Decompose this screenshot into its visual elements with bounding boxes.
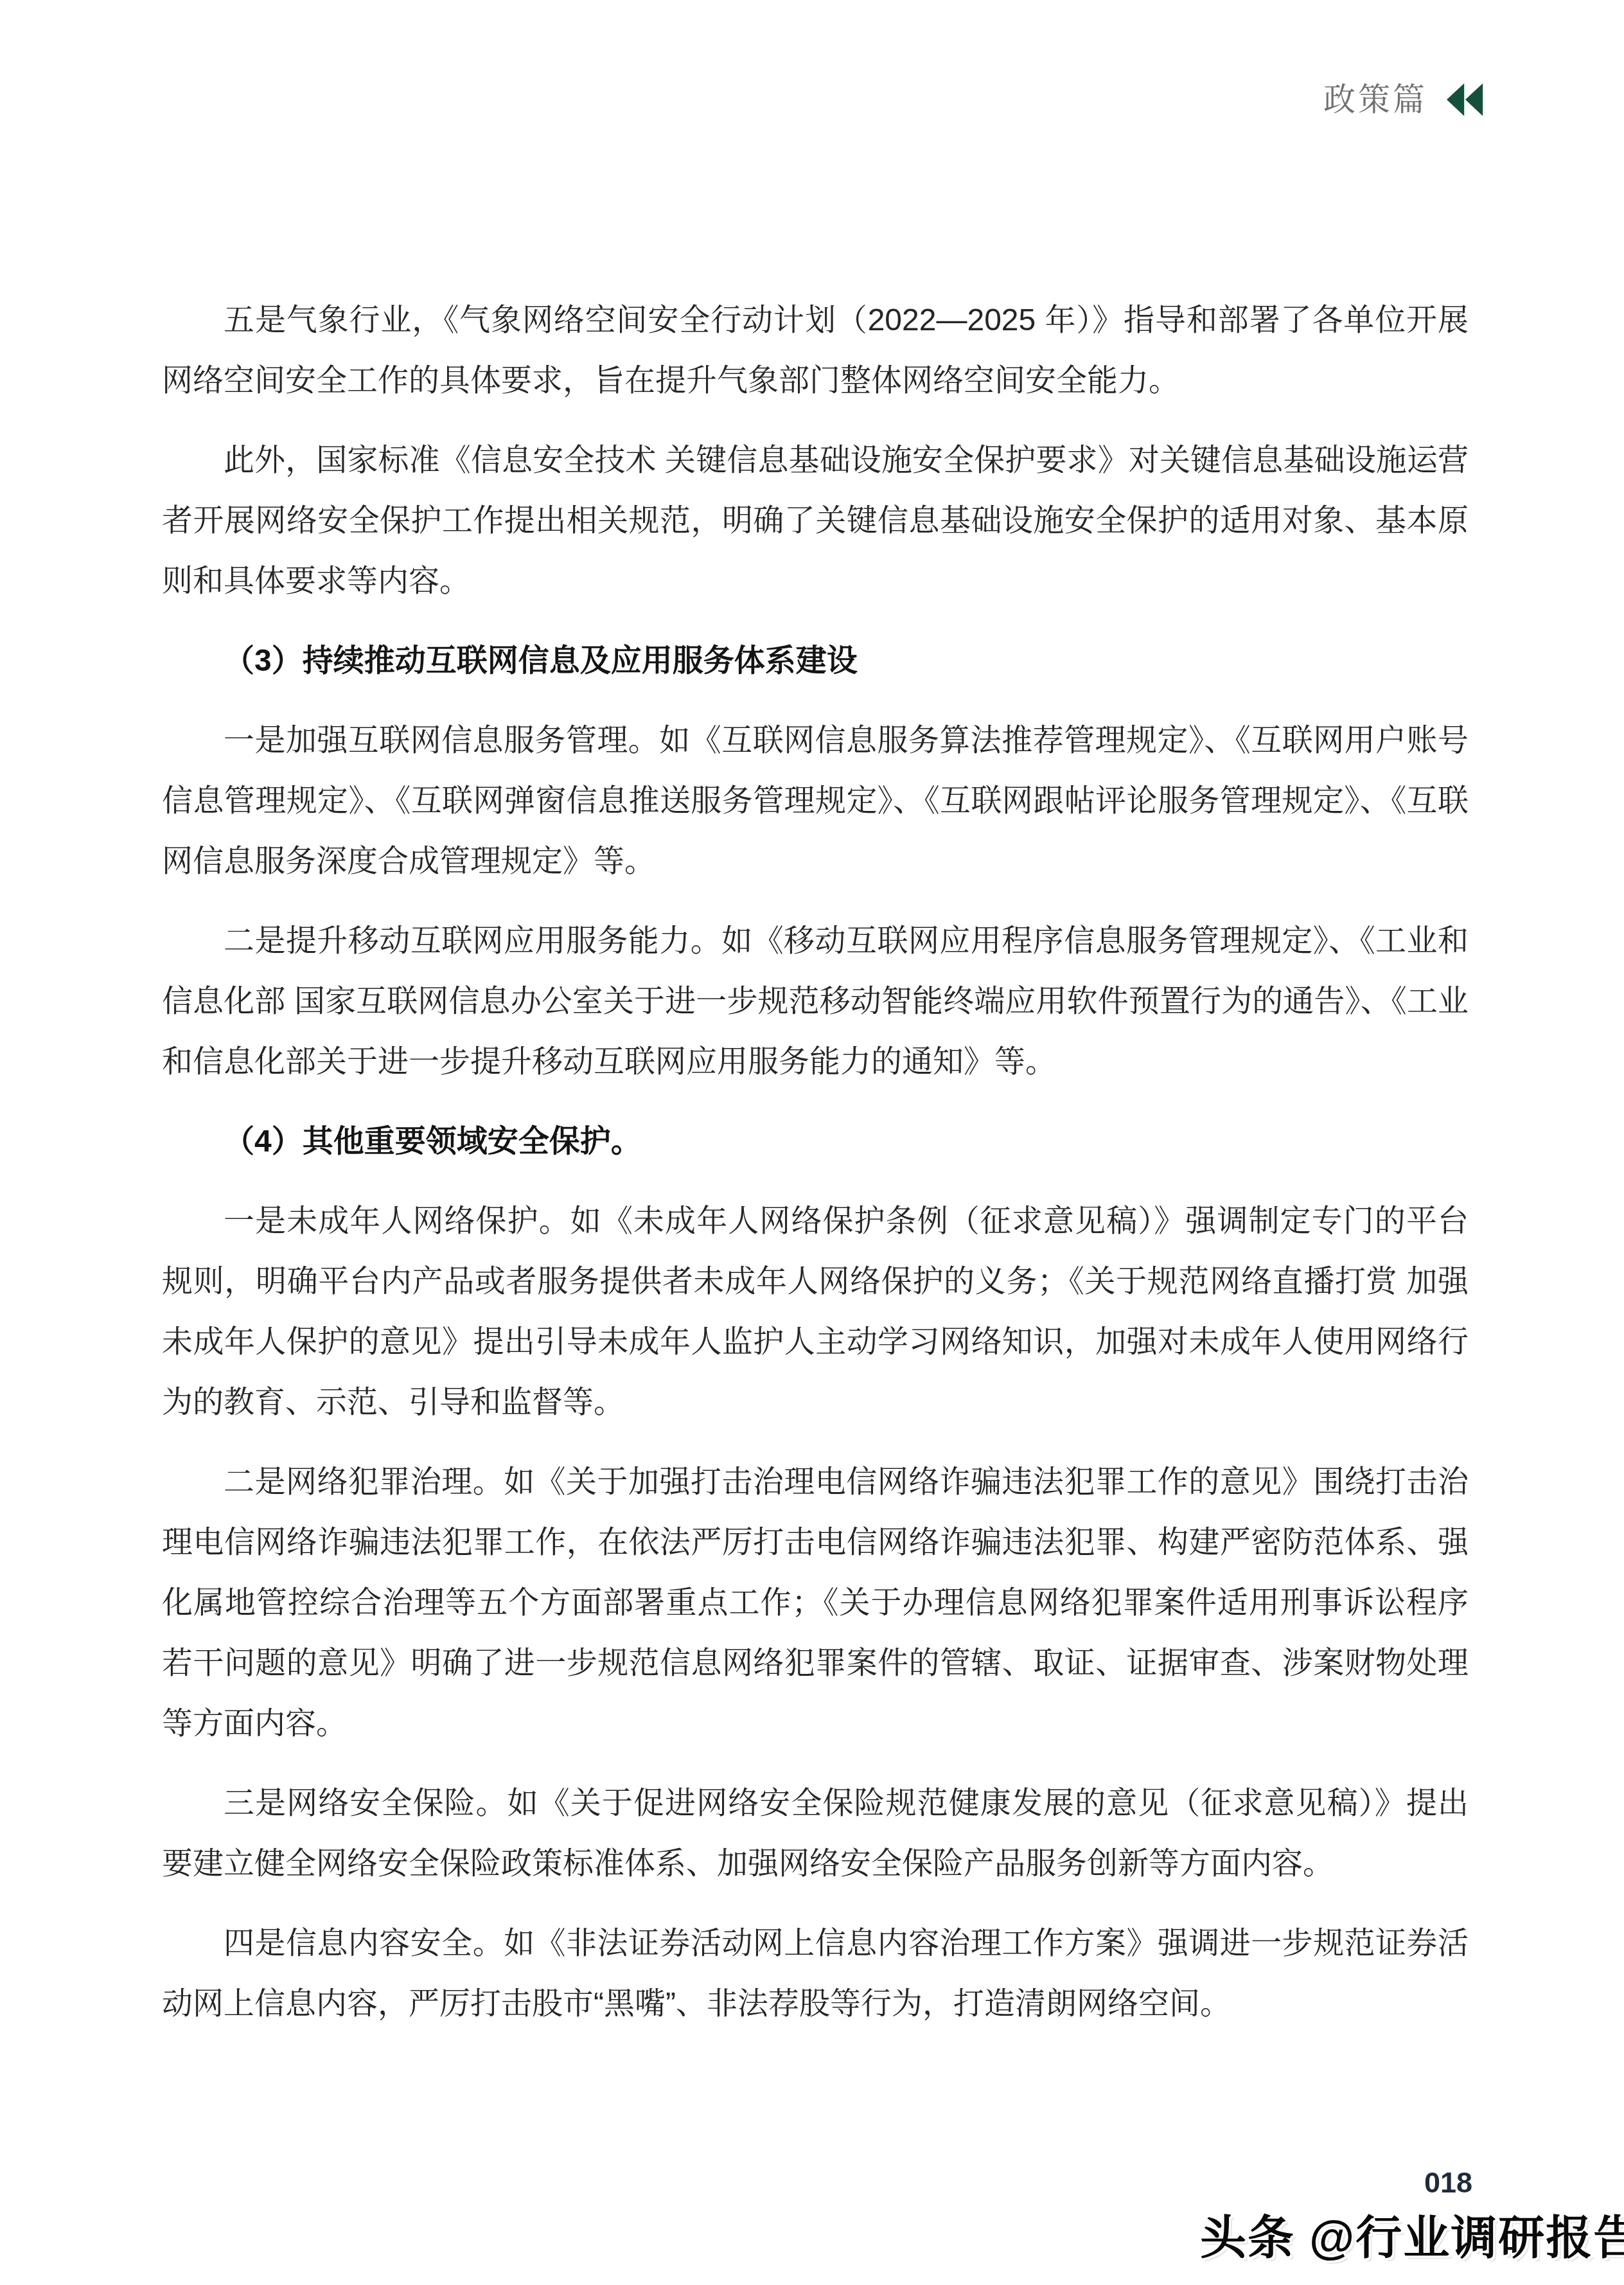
paragraph-weather-industry: 五是气象行业，《气象网络空间安全行动计划（2022—2025 年）》指导和部署了… — [162, 290, 1469, 411]
paragraph-cyber-insurance: 三是网络安全保险。如《关于促进网络安全保险规范健康发展的意见（征求意见稿）》提出… — [162, 1774, 1469, 1894]
paragraph-mobile-app-service: 二是提升移动互联网应用服务能力。如《移动互联网应用程序信息服务管理规定》、《工业… — [162, 911, 1469, 1092]
section-heading-3: （3）持续推动互联网信息及应用服务体系建设 — [162, 631, 1469, 691]
section-heading-4: （4）其他重要领域安全保护。 — [162, 1112, 1469, 1172]
document-body: 五是气象行业，《气象网络空间安全行动计划（2022—2025 年）》指导和部署了… — [162, 290, 1469, 2054]
paragraph-info-content-security: 四是信息内容安全。如《非法证券活动网上信息内容治理工作方案》强调进一步规范证券活… — [162, 1914, 1469, 2034]
watermark: 头条 @行业调研报告 — [1200, 2210, 1624, 2266]
page-number: 018 — [162, 2168, 1472, 2197]
paragraph-cybercrime-governance: 二是网络犯罪治理。如《关于加强打击治理电信网络诈骗违法犯罪工作的意见》围绕打击治… — [162, 1452, 1469, 1754]
page-header: 政策篇 — [1323, 82, 1484, 117]
paragraph-minor-protection: 一是未成年人网络保护。如《未成年人网络保护条例（征求意见稿）》强调制定专门的平台… — [162, 1191, 1469, 1433]
paragraph-internet-info-service: 一是加强互联网信息服务管理。如《互联网信息服务算法推荐管理规定》、《互联网用户账… — [162, 711, 1469, 892]
rewind-double-left-icon — [1447, 82, 1484, 117]
paragraph-national-standard: 此外，国家标准《信息安全技术 关键信息基础设施安全保护要求》对关键信息基础设施运… — [162, 431, 1469, 612]
section-label: 政策篇 — [1323, 84, 1427, 116]
